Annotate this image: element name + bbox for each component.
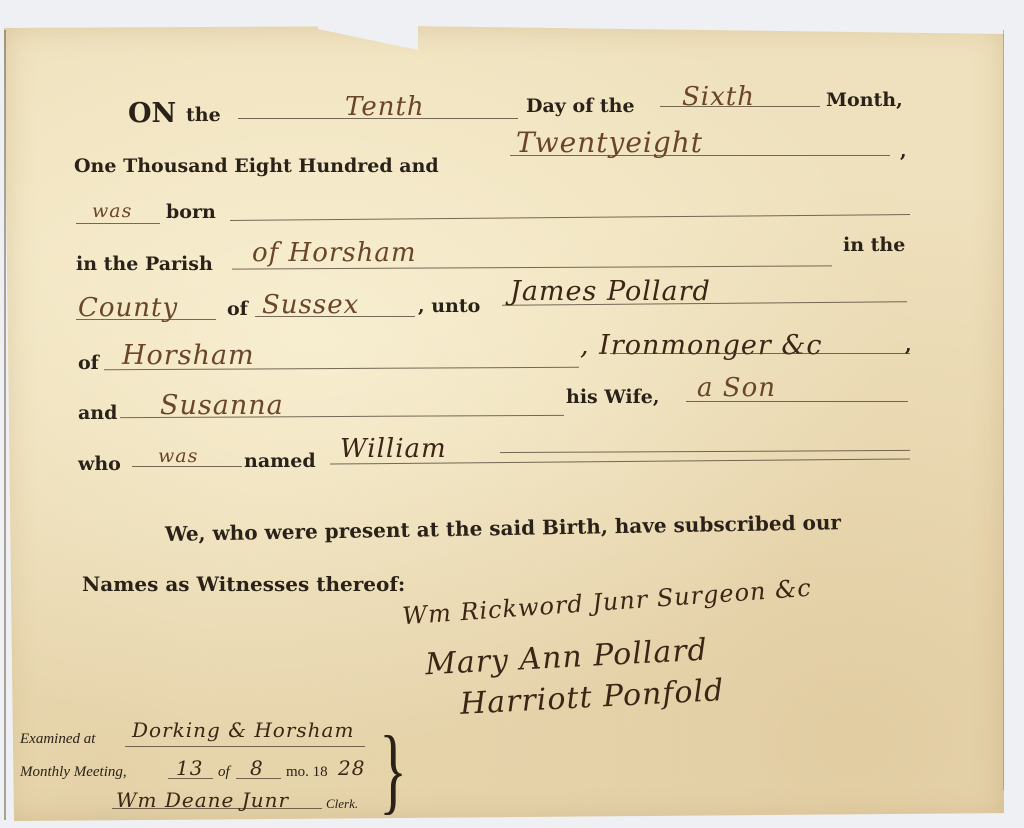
mother-value: Susanna [160, 390, 284, 421]
brace-glyph: } [379, 722, 407, 818]
clerk-label: Clerk. [326, 796, 358, 812]
line3-label: born [166, 201, 216, 223]
year-suffix-value: 28 [338, 756, 365, 780]
county-value: County [78, 293, 178, 323]
rule [76, 223, 160, 224]
witness-text-2: Names as Witnesses thereof: [82, 572, 405, 596]
meeting-month-value: 8 [250, 756, 264, 780]
line6-label: of [78, 352, 99, 374]
meeting-label: Monthly Meeting, [20, 764, 127, 781]
paper-left-edge [4, 30, 6, 820]
examined-label: Examined at [20, 731, 95, 748]
was-value: was [92, 200, 132, 222]
examined-place-value: Dorking & Horsham [132, 718, 354, 742]
line2-post: , [900, 140, 907, 162]
place-value: Horsham [122, 340, 255, 371]
of-label: of [218, 764, 230, 781]
rule [125, 746, 365, 747]
line1-post: Month, [826, 89, 903, 111]
parish-value: of Horsham [252, 238, 417, 268]
meeting-day-value: 13 [176, 756, 203, 780]
line5-of: of [227, 298, 248, 320]
line7-label: and [78, 402, 117, 424]
shire-value: Sussex [262, 290, 359, 320]
line4-label: in the Parish [76, 253, 213, 275]
year-value: Twentyeight [516, 126, 703, 159]
line1-pre: the [186, 104, 221, 126]
rule [610, 353, 910, 354]
clerk-value: Wm Deane Junr [116, 788, 289, 812]
line1-mid: Day of the [526, 95, 635, 117]
child-name-value: William [340, 434, 447, 464]
title-lead: ON [128, 98, 176, 129]
line7-mid: his Wife, [566, 386, 659, 408]
child-value: a Son [697, 373, 776, 403]
mo-label: mo. 18 [286, 764, 328, 781]
month-value: Sixth [682, 82, 755, 112]
line4-post: in the [843, 234, 905, 256]
line8-label: who [78, 453, 121, 475]
occupation-value: , Ironmonger &c [580, 330, 823, 361]
father-value: James Pollard [510, 276, 711, 307]
line5-unto: , unto [418, 295, 480, 317]
line8-mid: named [244, 450, 316, 472]
paper-right-edge [1003, 30, 1004, 790]
line6-post: , [905, 334, 912, 356]
was-value-2: was [158, 445, 198, 467]
line2-pre: One Thousand Eight Hundred and [74, 155, 439, 177]
day-value: Tenth [345, 92, 425, 122]
